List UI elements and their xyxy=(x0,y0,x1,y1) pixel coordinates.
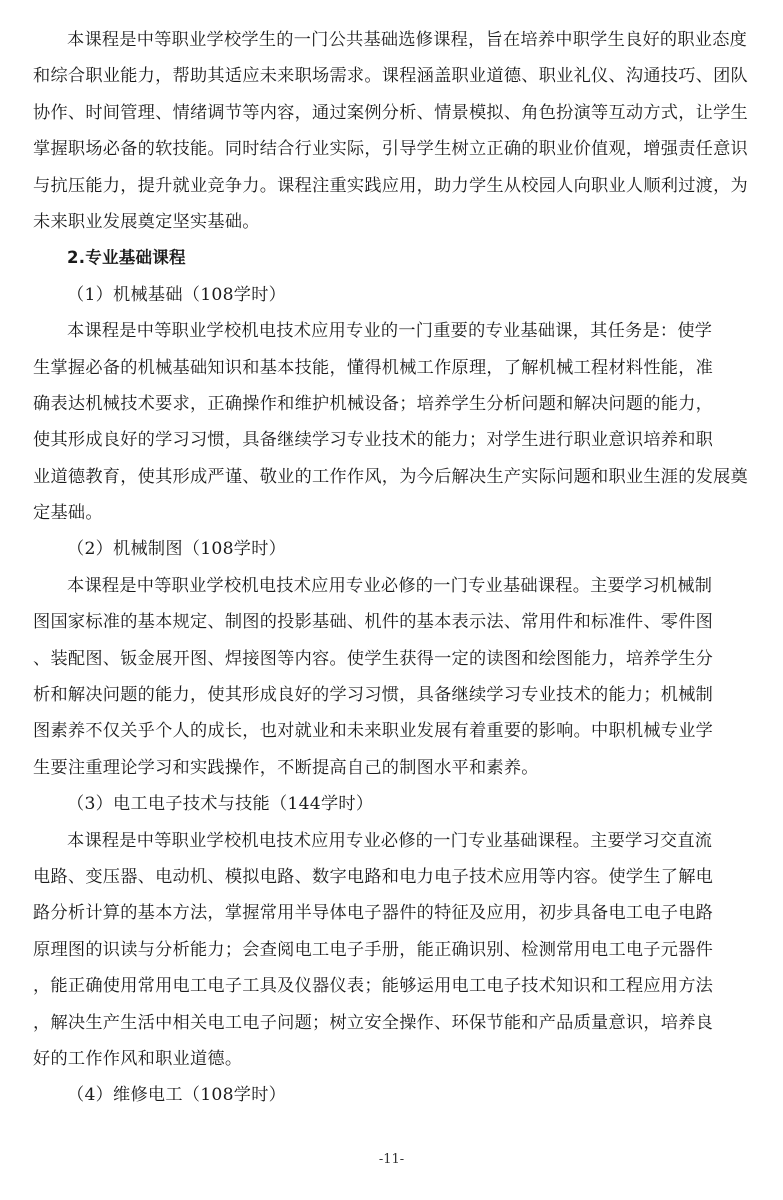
paragraph-general-course: 本课程是中等职业学校学生的一门公共基础选修课程，旨在培养中职学生良好的职业态度 … xyxy=(33,22,749,240)
text-line: 本课程是中等职业学校机电技术应用专业必修的一门专业基础课程。主要学习机械制 xyxy=(33,568,749,604)
text-line: 生掌握必备的机械基础知识和基本技能，懂得机械工作原理，了解机械工程材料性能，准 xyxy=(33,350,749,386)
course-title-electronics: （3）电工电子技术与技能（144学时） xyxy=(33,786,749,822)
page-number: -11- xyxy=(0,1152,783,1167)
text-line: 定基础。 xyxy=(33,495,749,531)
text-line: 本课程是中等职业学校机电技术应用专业必修的一门专业基础课程。主要学习交直流 xyxy=(33,823,749,859)
text-line: 使其形成良好的学习习惯，具备继续学习专业技术的能力；对学生进行职业意识培养和职 xyxy=(33,422,749,458)
paragraph-mechanical-drawing: 本课程是中等职业学校机电技术应用专业必修的一门专业基础课程。主要学习机械制 图国… xyxy=(33,568,749,786)
text-line: 和综合职业能力，帮助其适应未来职场需求。课程涵盖职业道德、职业礼仪、沟通技巧、团… xyxy=(33,58,749,94)
section-heading: 2.专业基础课程 xyxy=(33,240,749,276)
text-line: 路分析计算的基本方法，掌握常用半导体电子器件的特征及应用，初步具备电工电子电路 xyxy=(33,895,749,931)
text-line: 原理图的识读与分析能力；会查阅电工电子手册，能正确识别、检测常用电工电子元器件 xyxy=(33,932,749,968)
text-line: 确表达机械技术要求，正确操作和维护机械设备；培养学生分析问题和解决问题的能力， xyxy=(33,386,749,422)
text-line: 协作、时间管理、情绪调节等内容，通过案例分析、情景模拟、角色扮演等互动方式，让学… xyxy=(33,95,749,131)
text-line: 图素养不仅关乎个人的成长，也对就业和未来职业发展有着重要的影响。中职机械专业学 xyxy=(33,713,749,749)
course-title-mechanical-basics: （1）机械基础（108学时） xyxy=(33,277,749,313)
text-line: 业道德教育，使其形成严谨、敬业的工作作风，为今后解决生产实际问题和职业生涯的发展… xyxy=(33,459,749,495)
text-line: 掌握职场必备的软技能。同时结合行业实际，引导学生树立正确的职业价值观，增强责任意… xyxy=(33,131,749,167)
course-title-mechanical-drawing: （2）机械制图（108学时） xyxy=(33,531,749,567)
text-line: 图国家标准的基本规定、制图的投影基础、机件的基本表示法、常用件和标准件、零件图 xyxy=(33,604,749,640)
text-line: 生要注重理论学习和实践操作，不断提高自己的制图水平和素养。 xyxy=(33,750,749,786)
text-line: ，解决生产生活中相关电工电子问题；树立安全操作、环保节能和产品质量意识，培养良 xyxy=(33,1005,749,1041)
text-line: 本课程是中等职业学校机电技术应用专业的一门重要的专业基础课，其任务是：使学 xyxy=(33,313,749,349)
text-line: 本课程是中等职业学校学生的一门公共基础选修课程，旨在培养中职学生良好的职业态度 xyxy=(33,22,749,58)
text-line: 电路、变压器、电动机、模拟电路、数字电路和电力电子技术应用等内容。使学生了解电 xyxy=(33,859,749,895)
paragraph-mechanical-basics: 本课程是中等职业学校机电技术应用专业的一门重要的专业基础课，其任务是：使学 生掌… xyxy=(33,313,749,531)
text-line: 析和解决问题的能力，使其形成良好的学习习惯，具备继续学习专业技术的能力；机械制 xyxy=(33,677,749,713)
text-line: 未来职业发展奠定坚实基础。 xyxy=(33,204,749,240)
document-page: 本课程是中等职业学校学生的一门公共基础选修课程，旨在培养中职学生良好的职业态度 … xyxy=(33,22,749,1114)
text-line: 、装配图、钣金展开图、焊接图等内容。使学生获得一定的读图和绘图能力，培养学生分 xyxy=(33,641,749,677)
paragraph-electronics: 本课程是中等职业学校机电技术应用专业必修的一门专业基础课程。主要学习交直流 电路… xyxy=(33,823,749,1078)
text-line: 好的工作作风和职业道德。 xyxy=(33,1041,749,1077)
text-line: ，能正确使用常用电工电子工具及仪器仪表；能够运用电工电子技术知识和工程应用方法 xyxy=(33,968,749,1004)
text-line: 与抗压能力，提升就业竞争力。课程注重实践应用，助力学生从校园人向职业人顺利过渡，… xyxy=(33,168,749,204)
course-title-maintenance-electrician: （4）维修电工（108学时） xyxy=(33,1077,749,1113)
